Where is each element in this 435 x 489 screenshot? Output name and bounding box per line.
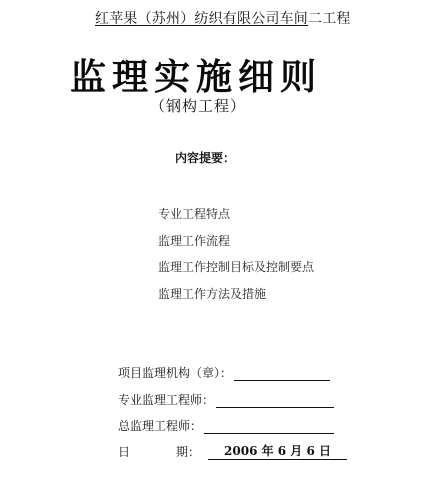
project-header: 红苹果（苏州）纺织有限公司车间二工程	[95, 10, 351, 28]
summary-item: 专业工程特点	[158, 206, 230, 222]
organization-label: 项目监理机构（章）：	[118, 365, 232, 381]
project-name-suffix: 二工程	[308, 11, 351, 27]
date-label-2: 期：	[176, 444, 200, 460]
chief-label: 总监理工程师：	[118, 418, 202, 434]
chief-field	[204, 419, 334, 434]
specialist-field	[216, 393, 334, 408]
signature-chief-row: 总监理工程师：	[118, 418, 334, 434]
document-title: 监理实施细则	[70, 58, 322, 98]
signature-organization-row: 项目监理机构（章）：	[118, 365, 330, 381]
summary-heading: 内容提要：	[175, 150, 235, 166]
summary-item: 监理工作方法及措施	[158, 286, 266, 302]
project-name: 红苹果（苏州）纺织有限公司车间	[95, 11, 308, 27]
signature-specialist-row: 专业监理工程师：	[118, 392, 334, 408]
document-subtitle: （钢构工程）	[150, 96, 246, 116]
summary-item: 监理工作流程	[158, 233, 230, 249]
signature-date-row: 日 期： 2006 年 6 月 6 日	[118, 444, 347, 460]
specialist-label: 专业监理工程师：	[118, 392, 214, 408]
organization-field	[234, 366, 330, 381]
date-label-1: 日	[118, 444, 176, 460]
summary-item: 监理工作控制目标及控制要点	[158, 259, 314, 275]
date-value: 2006 年 6 月 6 日	[208, 444, 347, 460]
